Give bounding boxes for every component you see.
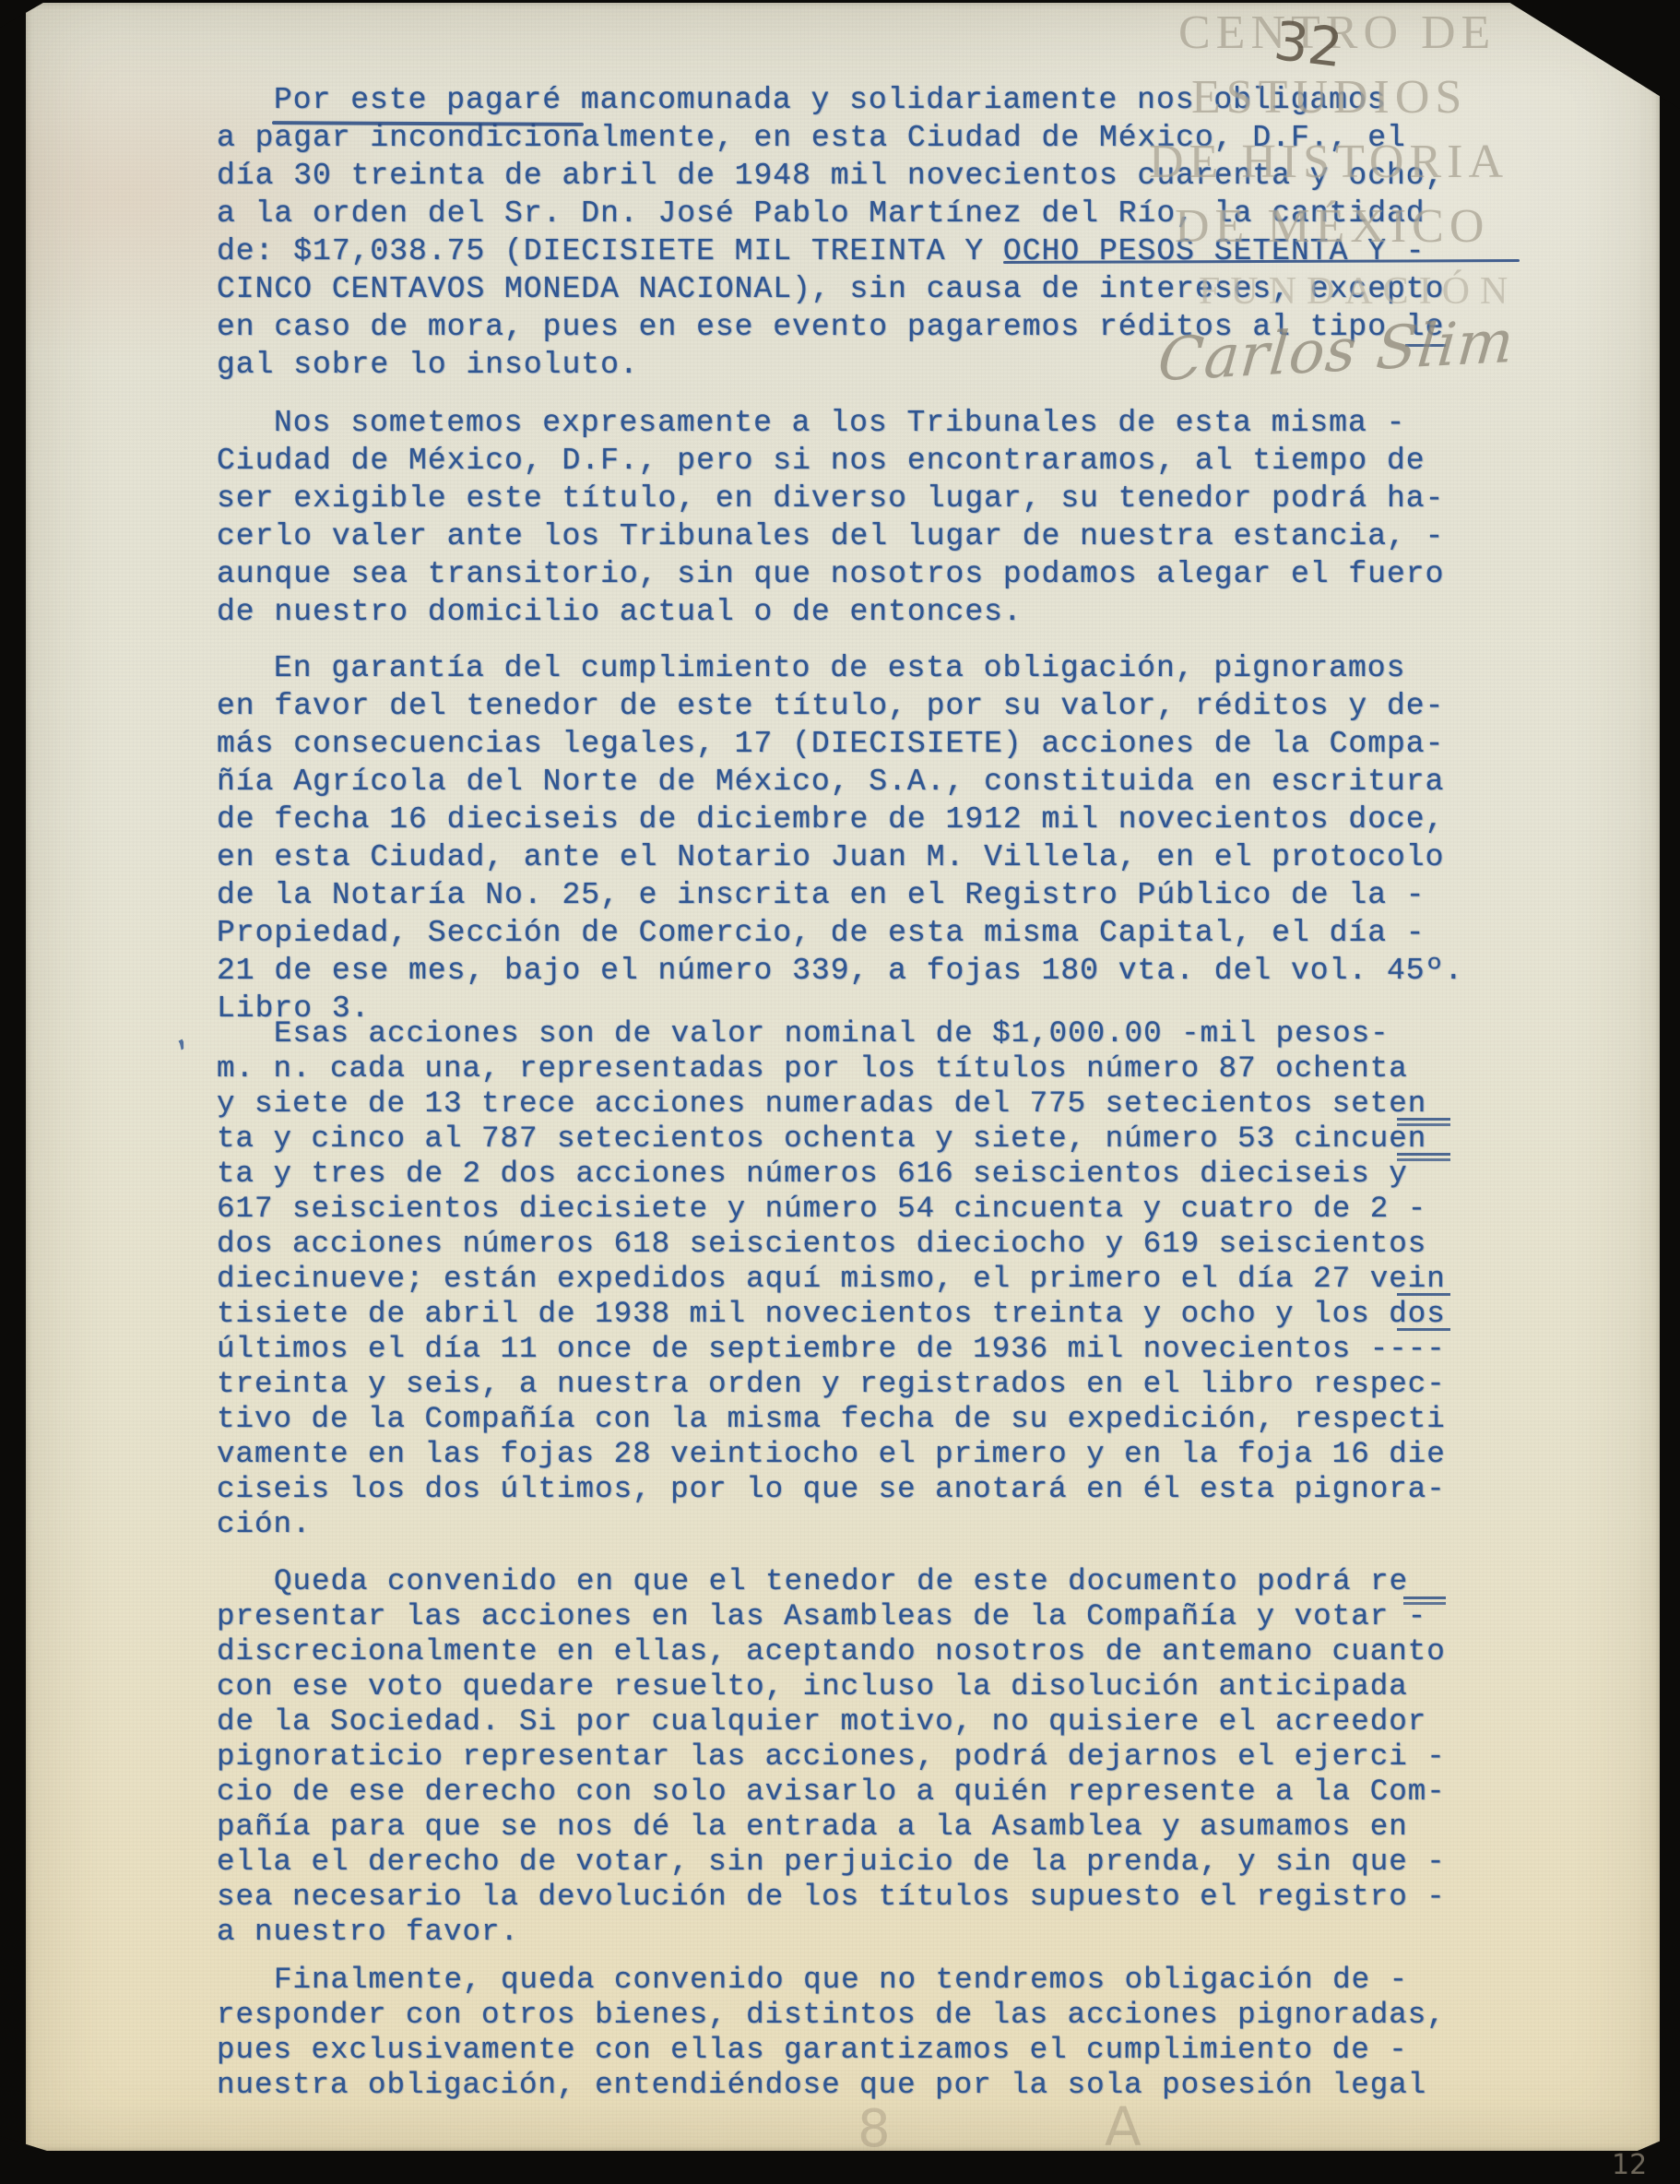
- paragraph-4-shares-description: Esas acciones son de valor nominal de $1…: [217, 1016, 1485, 1542]
- ghost-mark-right: A: [1105, 2095, 1142, 2158]
- paragraph-6-final-clause: Finalmente, queda convenido que no tendr…: [217, 1963, 1485, 2103]
- scanned-document-page: Por este pagaré mancomunada y solidariam…: [0, 0, 1680, 2184]
- corner-pencil-number: 12: [1612, 2149, 1647, 2181]
- handwritten-page-number: 32: [1271, 9, 1346, 79]
- hyphenation-underline: [1397, 1328, 1450, 1331]
- watermark-foundation-line: FUNDACIÓN: [1199, 269, 1518, 314]
- paragraph-5-voting-clause: Queda convenido en que el tenedor de est…: [217, 1564, 1485, 1950]
- watermark-line: DE HISTORIA: [1149, 135, 1508, 189]
- hyphenation-underline: [1397, 1153, 1450, 1156]
- watermark-line: DE MÉXICO: [1175, 199, 1489, 254]
- hyphenation-underline: [1397, 1293, 1450, 1296]
- paragraph-2-jurisdiction-clause: Nos sometemos expresamente a los Tribuna…: [217, 404, 1485, 631]
- paragraph-3-pledge-clause: En garantía del cumplimiento de esta obl…: [217, 649, 1485, 1027]
- ghost-mark-left: 8: [858, 2099, 891, 2159]
- hyphenation-underline: [1397, 1118, 1450, 1121]
- hyphenation-underline: [1403, 1596, 1446, 1599]
